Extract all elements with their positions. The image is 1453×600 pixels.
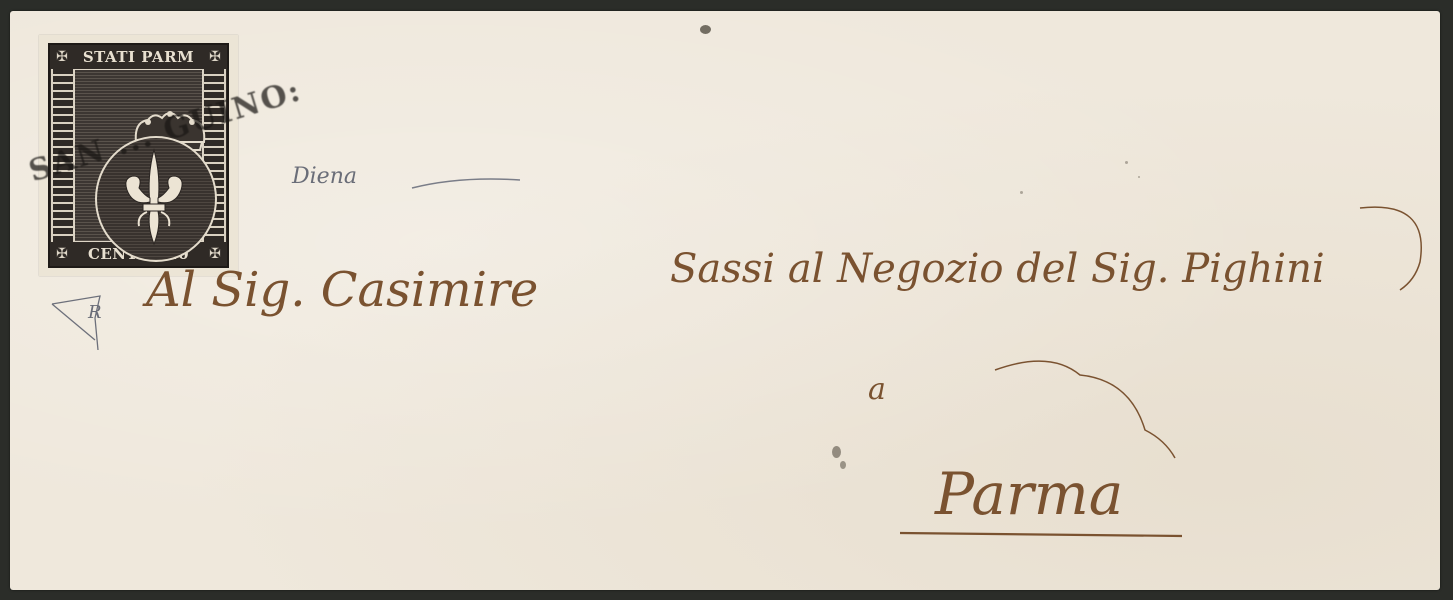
stain-speck	[1020, 191, 1023, 194]
corner-ornament-icon: ✠	[51, 243, 73, 265]
stain-speck	[1138, 176, 1140, 178]
expert-mark: R	[88, 302, 102, 323]
stain-speck	[840, 461, 846, 469]
address-line-2: a	[868, 372, 886, 407]
corner-ornament-icon: ✠	[51, 46, 73, 68]
stamp-top-text: STATI PARM	[74, 46, 203, 68]
corner-ornament-icon: ✠	[204, 46, 226, 68]
address-line-1-part-1: Al Sig. Casimire	[146, 262, 538, 318]
address-line-3-city: Parma	[935, 460, 1123, 528]
stain-speck	[832, 446, 841, 458]
stain-speck	[1125, 161, 1128, 164]
address-line-1-part-2: Sassi al Negozio del Sig. Pighini	[670, 246, 1325, 292]
fleur-de-lis-icon	[117, 146, 191, 250]
ink-blot	[700, 25, 711, 34]
expert-signature: Diena	[292, 164, 357, 189]
